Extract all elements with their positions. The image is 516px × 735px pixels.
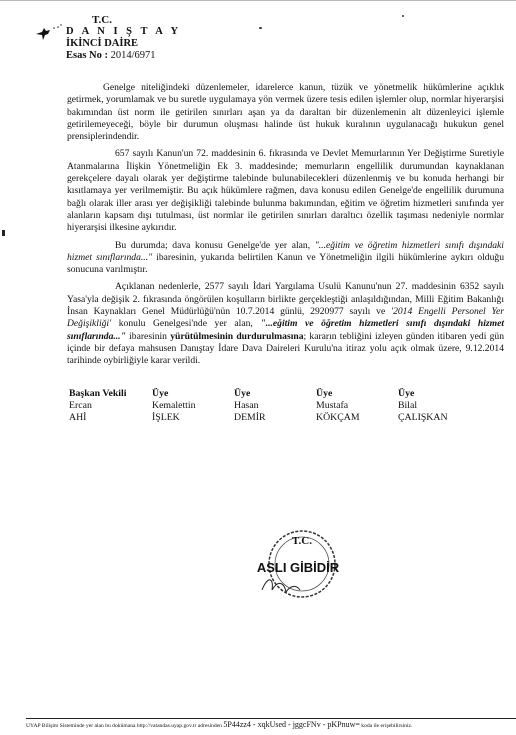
footer-suffix: koda ile erişebilirsiniz. [361, 723, 412, 729]
signatory: Başkan Vekili Ercan AHİ [69, 388, 152, 424]
document-page: T.C. D A N I Ş T A Y İKİNCİ DAİRE Esas N… [0, 0, 516, 735]
decision-text: yürütülmesinin durdurulmasına [170, 331, 303, 342]
case-number-value: 2014/6971 [111, 50, 156, 61]
paragraph-4: Açıklanan nedenlerle, 2577 sayılı İdari … [67, 281, 504, 367]
signatory: Üye Hasan DEMİR [234, 388, 316, 424]
verification-code: 5P44zz4 - xqkUsed - jggcFNv - pKPnuw= [223, 720, 360, 729]
official-stamp-icon: T.C. ASLI GİBİDİR [240, 520, 340, 610]
page-top-border [0, 0, 516, 1]
paragraph-1: Genelge niteliğindeki düzenlemeler, idar… [67, 82, 504, 143]
court-emblem-icon [34, 22, 64, 42]
scan-margin-mark [2, 230, 5, 236]
case-number: Esas No : 2014/6971 [66, 50, 181, 62]
document-header: T.C. D A N I Ş T A Y İKİNCİ DAİRE Esas N… [66, 14, 181, 62]
svg-text:ASLI GİBİDİR: ASLI GİBİDİR [257, 560, 340, 575]
paragraph-3: Bu durumda; dava konusu Genelge'de yer a… [67, 240, 504, 277]
signatories: Başkan Vekili Ercan AHİ Üye Kemalettin İ… [69, 388, 489, 424]
decision-body: Genelge niteliğindeki düzenlemeler, idar… [67, 82, 504, 373]
paragraph-2: 657 sayılı Kanun'un 72. maddesinin 6. fı… [67, 148, 504, 234]
signatory: Üye Mustafa KÖKÇAM [316, 388, 398, 424]
chamber-name: İKİNCİ DAİRE [66, 38, 181, 50]
country-label: T.C. [66, 14, 181, 26]
scan-speck [259, 27, 262, 29]
court-name: D A N I Ş T A Y [66, 26, 181, 38]
scan-speck [402, 15, 404, 17]
signatory: Üye Kemalettin İŞLEK [152, 388, 234, 424]
footer-prefix: UYAP Bilişim Sisteminde yer alan bu dokü… [26, 723, 222, 729]
svg-text:T.C.: T.C. [292, 535, 312, 547]
footer-verification: UYAP Bilişim Sisteminde yer alan bu dokü… [26, 721, 516, 730]
case-label: Esas No : [66, 50, 108, 61]
footer-divider [26, 718, 516, 719]
signatory: Üye Bilal ÇALIŞKAN [398, 388, 480, 424]
